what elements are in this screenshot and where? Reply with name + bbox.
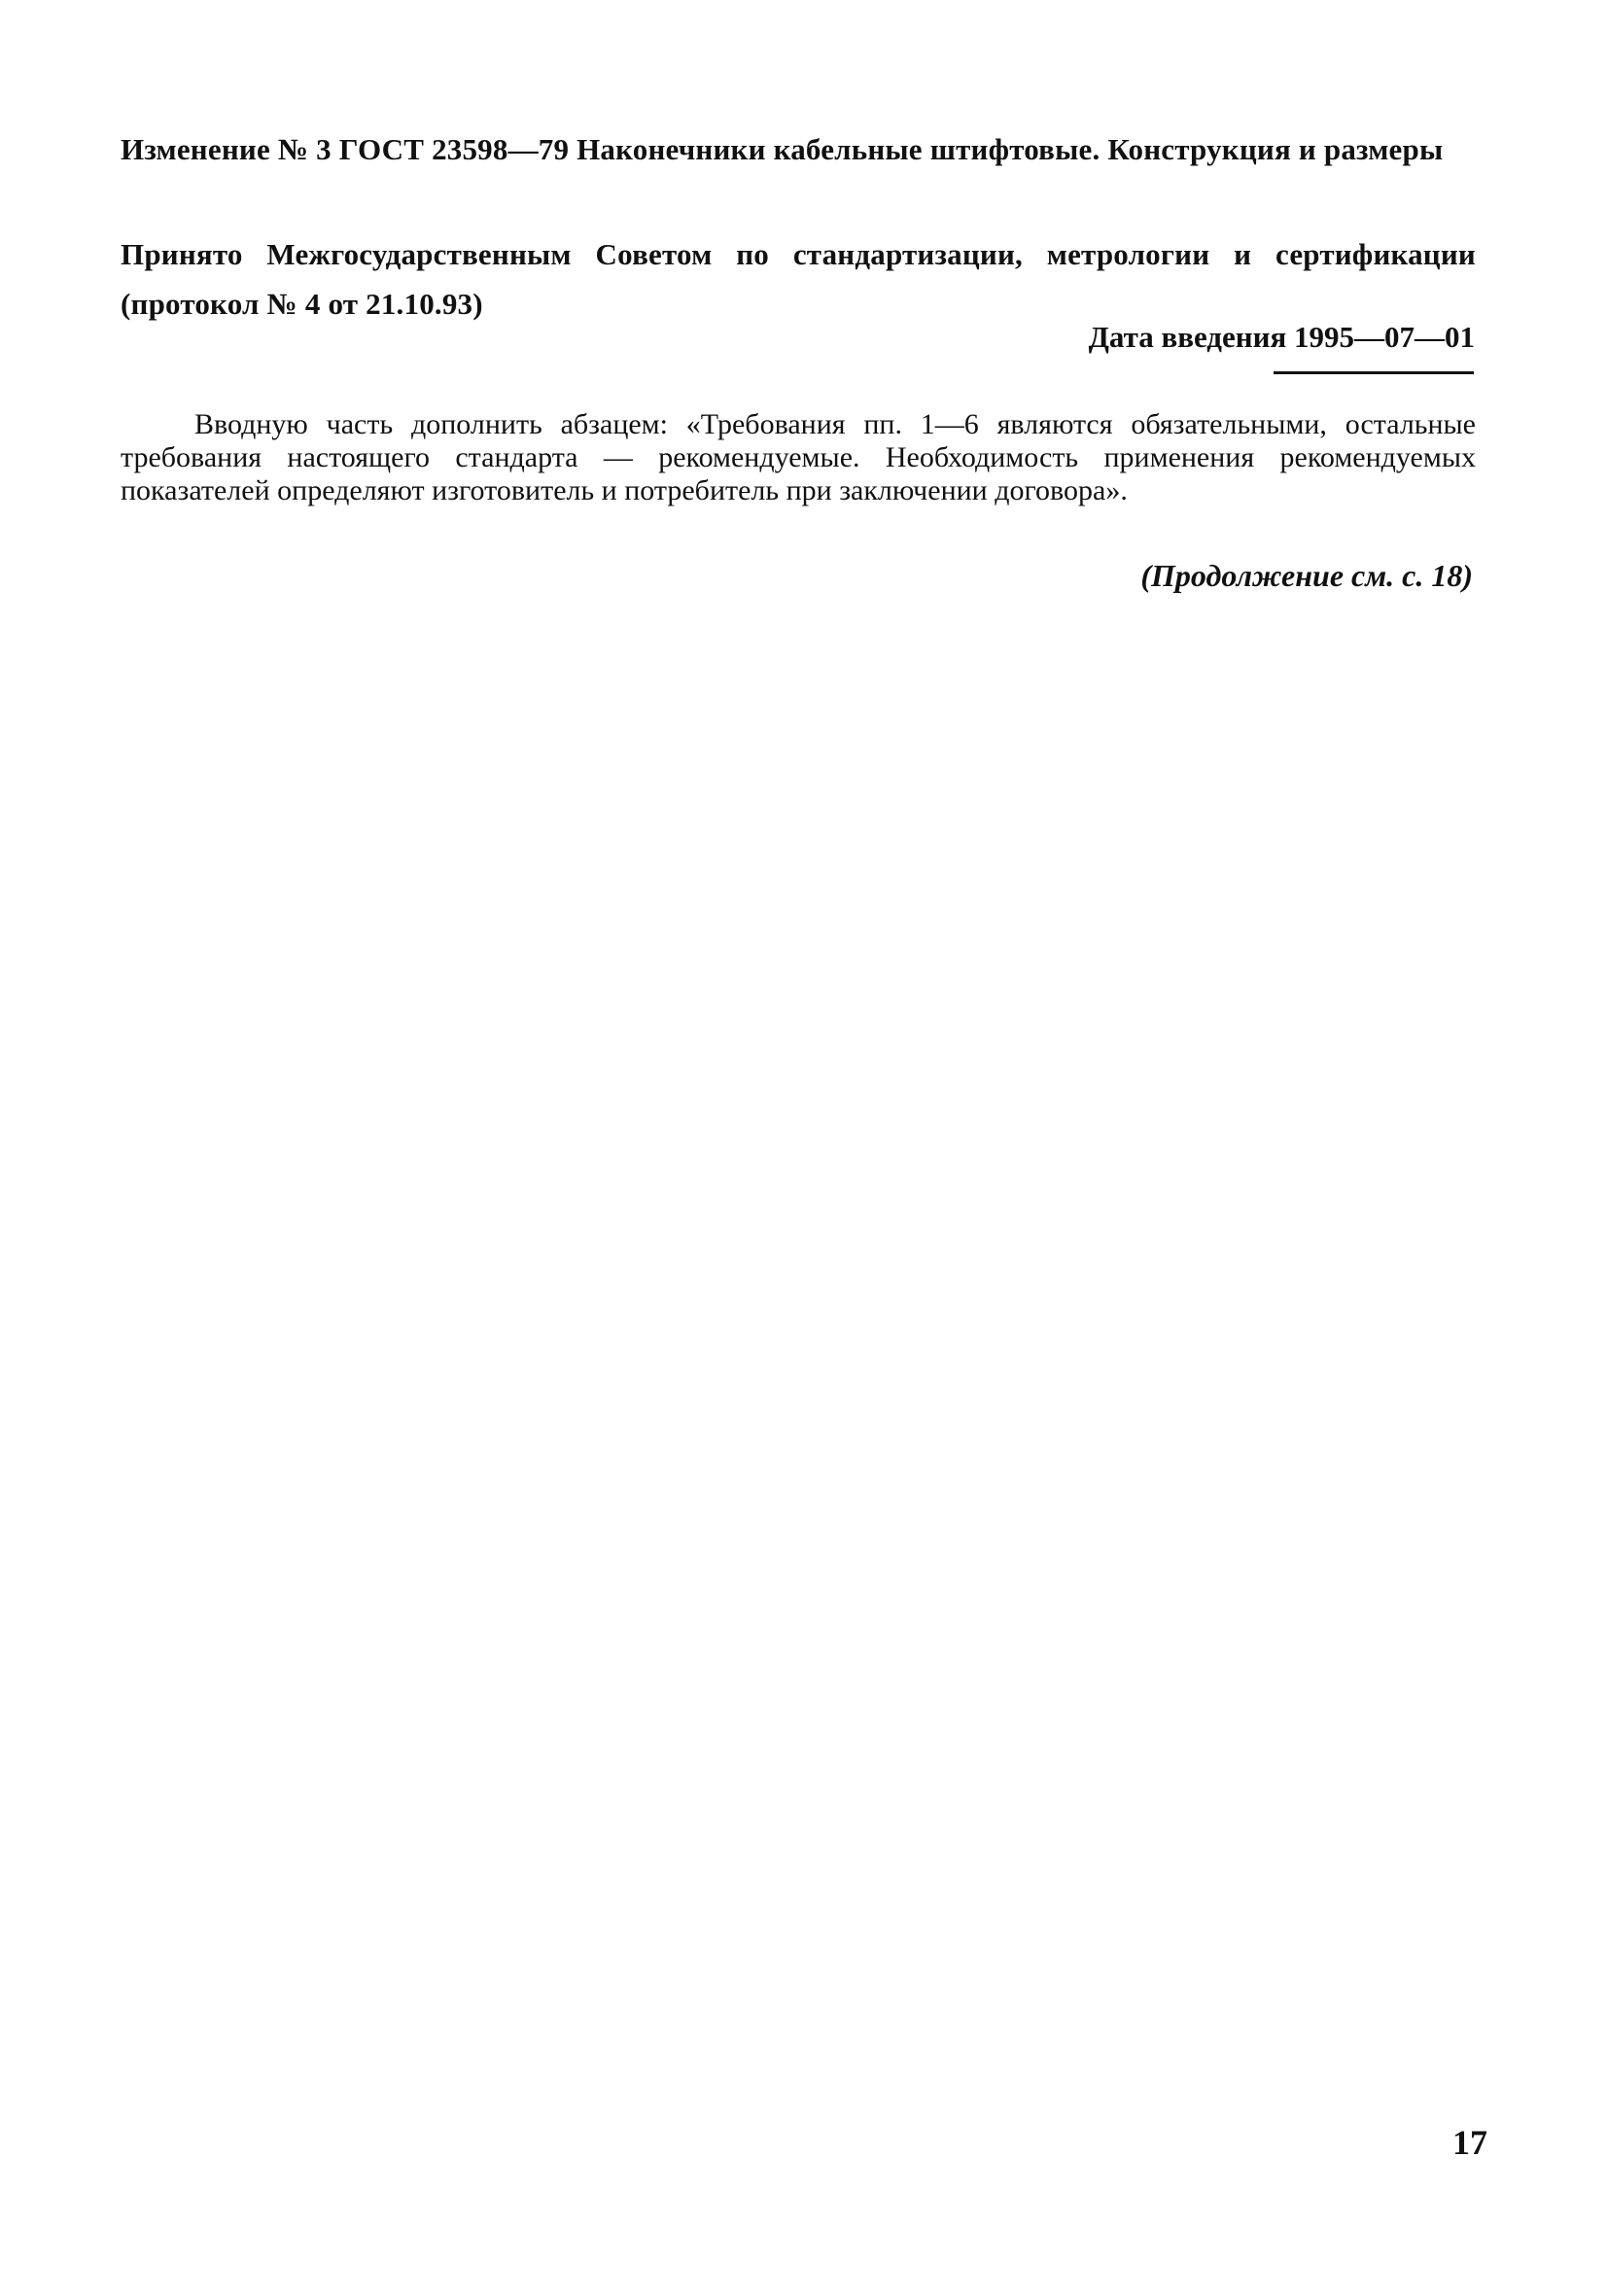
adoption-statement: Принято Межгосударственным Советом по ст… xyxy=(121,229,1476,329)
amendment-body-paragraph: Вводную часть дополнить абзацем: «Требов… xyxy=(121,408,1476,507)
continuation-note: (Продолжение см. с. 18) xyxy=(1140,556,1473,595)
effective-date: Дата введения 1995—07—01 xyxy=(1089,318,1475,357)
page-number: 17 xyxy=(1452,2123,1487,2162)
effective-date-value: 1995—07—01 xyxy=(1294,320,1475,354)
amendment-title: Изменение № 3 ГОСТ 23598—79 Наконечники … xyxy=(121,124,1476,174)
date-underline-divider xyxy=(1274,371,1474,374)
effective-date-label: Дата введения xyxy=(1089,320,1287,354)
document-page: Изменение № 3 ГОСТ 23598—79 Наконечники … xyxy=(0,0,1607,2296)
